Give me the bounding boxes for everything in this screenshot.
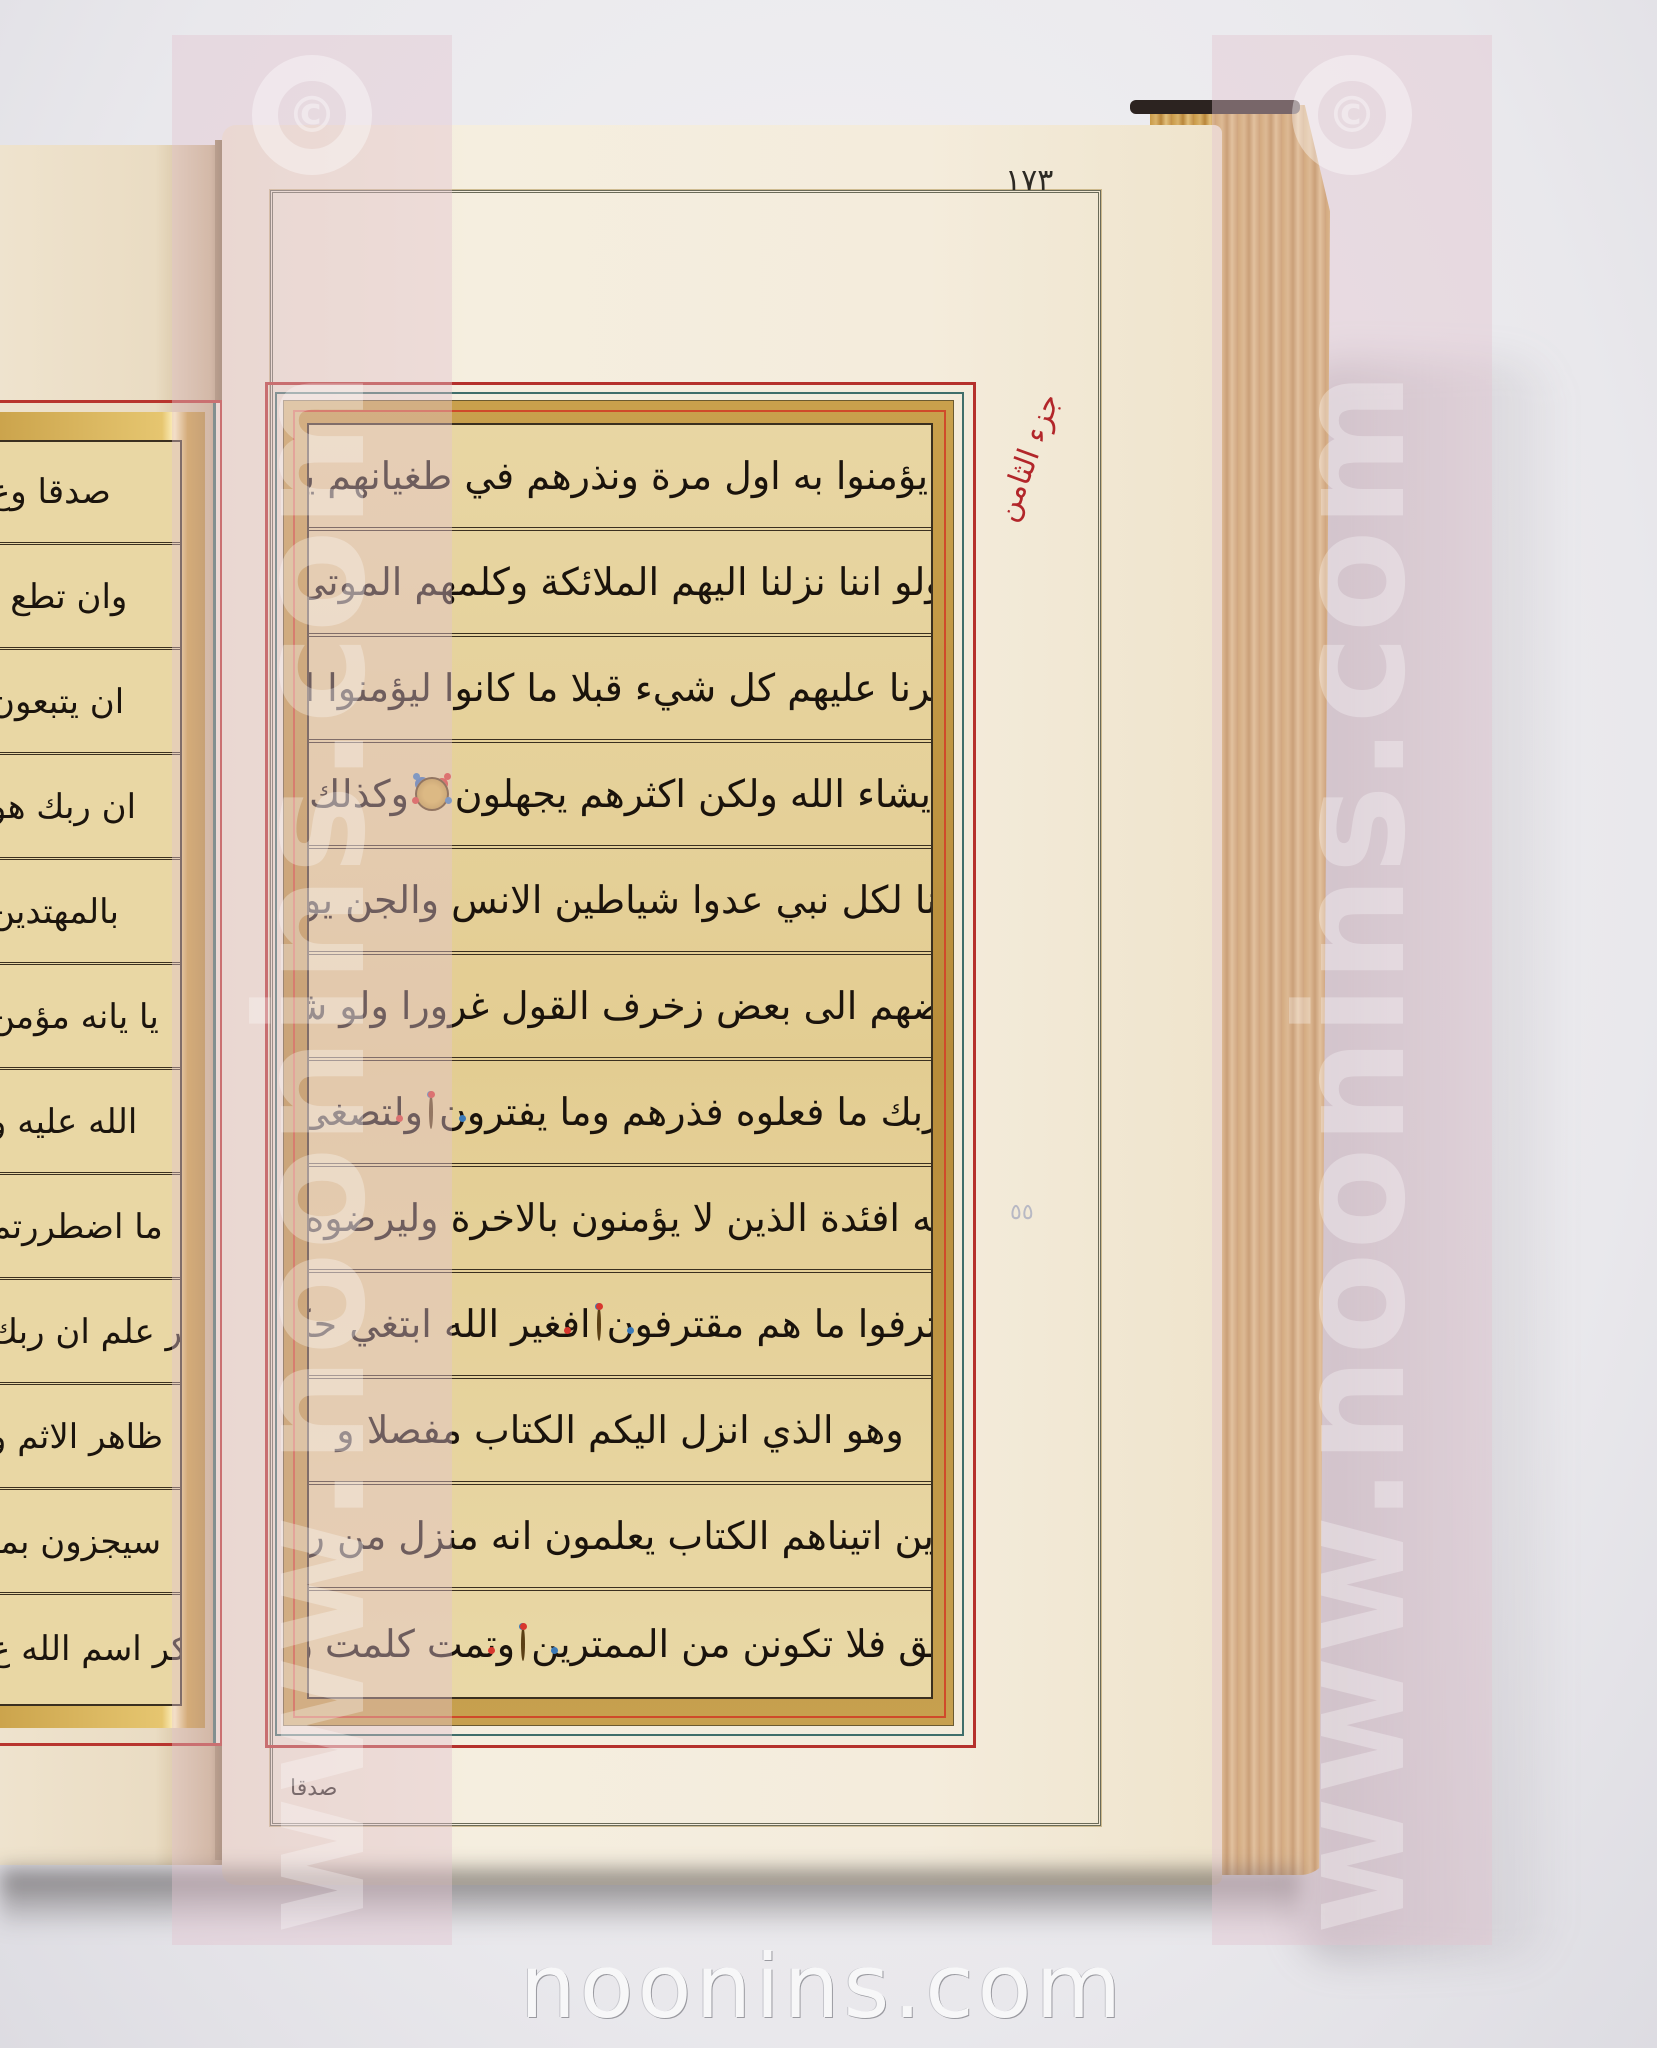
watermark-vertical-text: www.noonins.com xyxy=(212,235,412,1935)
left-text-line: يا يانه مؤمن xyxy=(0,967,180,1070)
left-text-line: ان ربك هو xyxy=(0,757,180,860)
watermark-bottom-text: noonins.com xyxy=(520,1935,1125,2038)
left-text-line: سيجزون بما xyxy=(0,1492,180,1595)
copyright-icon: © xyxy=(252,55,372,175)
line-text: ليقترفوا ما هم مقترفون xyxy=(607,1302,931,1346)
copyright-icon: © xyxy=(1292,55,1412,175)
left-text-line: وان تطع ا xyxy=(0,547,180,650)
left-text-line: صدقا وع xyxy=(0,442,180,545)
line-text: ربك ما فعلوه فذرهم وما يفترون xyxy=(439,1090,931,1134)
verse-marker-icon xyxy=(597,1307,601,1341)
line-text: يشاء الله ولكن اكثرهم يجهلون xyxy=(455,772,931,816)
left-text-line: بالمهتدين xyxy=(0,862,180,965)
left-text-line: ان يتبعون xyxy=(0,652,180,755)
watermark-vertical-text: www.noonins.com xyxy=(1252,235,1452,1935)
left-page-text-panel: صدقا وع وان تطع ا ان يتبعون ان ربك هو با… xyxy=(0,440,182,1706)
left-text-line: الله عليه و xyxy=(0,1072,180,1175)
verse-marker-icon xyxy=(521,1627,525,1661)
watermark-strip-left: © www.noonins.com xyxy=(172,35,452,1945)
pencil-annotation: ٥٥ xyxy=(1010,1200,1034,1225)
left-text-line: ما اضطررتم xyxy=(0,1177,180,1280)
line-text: بالحق فلا تكونن من الممترين xyxy=(531,1622,931,1666)
watermark-strip-right: © www.noonins.com xyxy=(1212,35,1492,1945)
left-text-line: بغير علم ان ربك xyxy=(0,1282,180,1385)
folio-number: ١٧٣ xyxy=(1005,163,1053,198)
left-text-line: يذكر اسم الله ع xyxy=(0,1597,180,1700)
left-text-line: ظاهر الاثم و xyxy=(0,1387,180,1490)
